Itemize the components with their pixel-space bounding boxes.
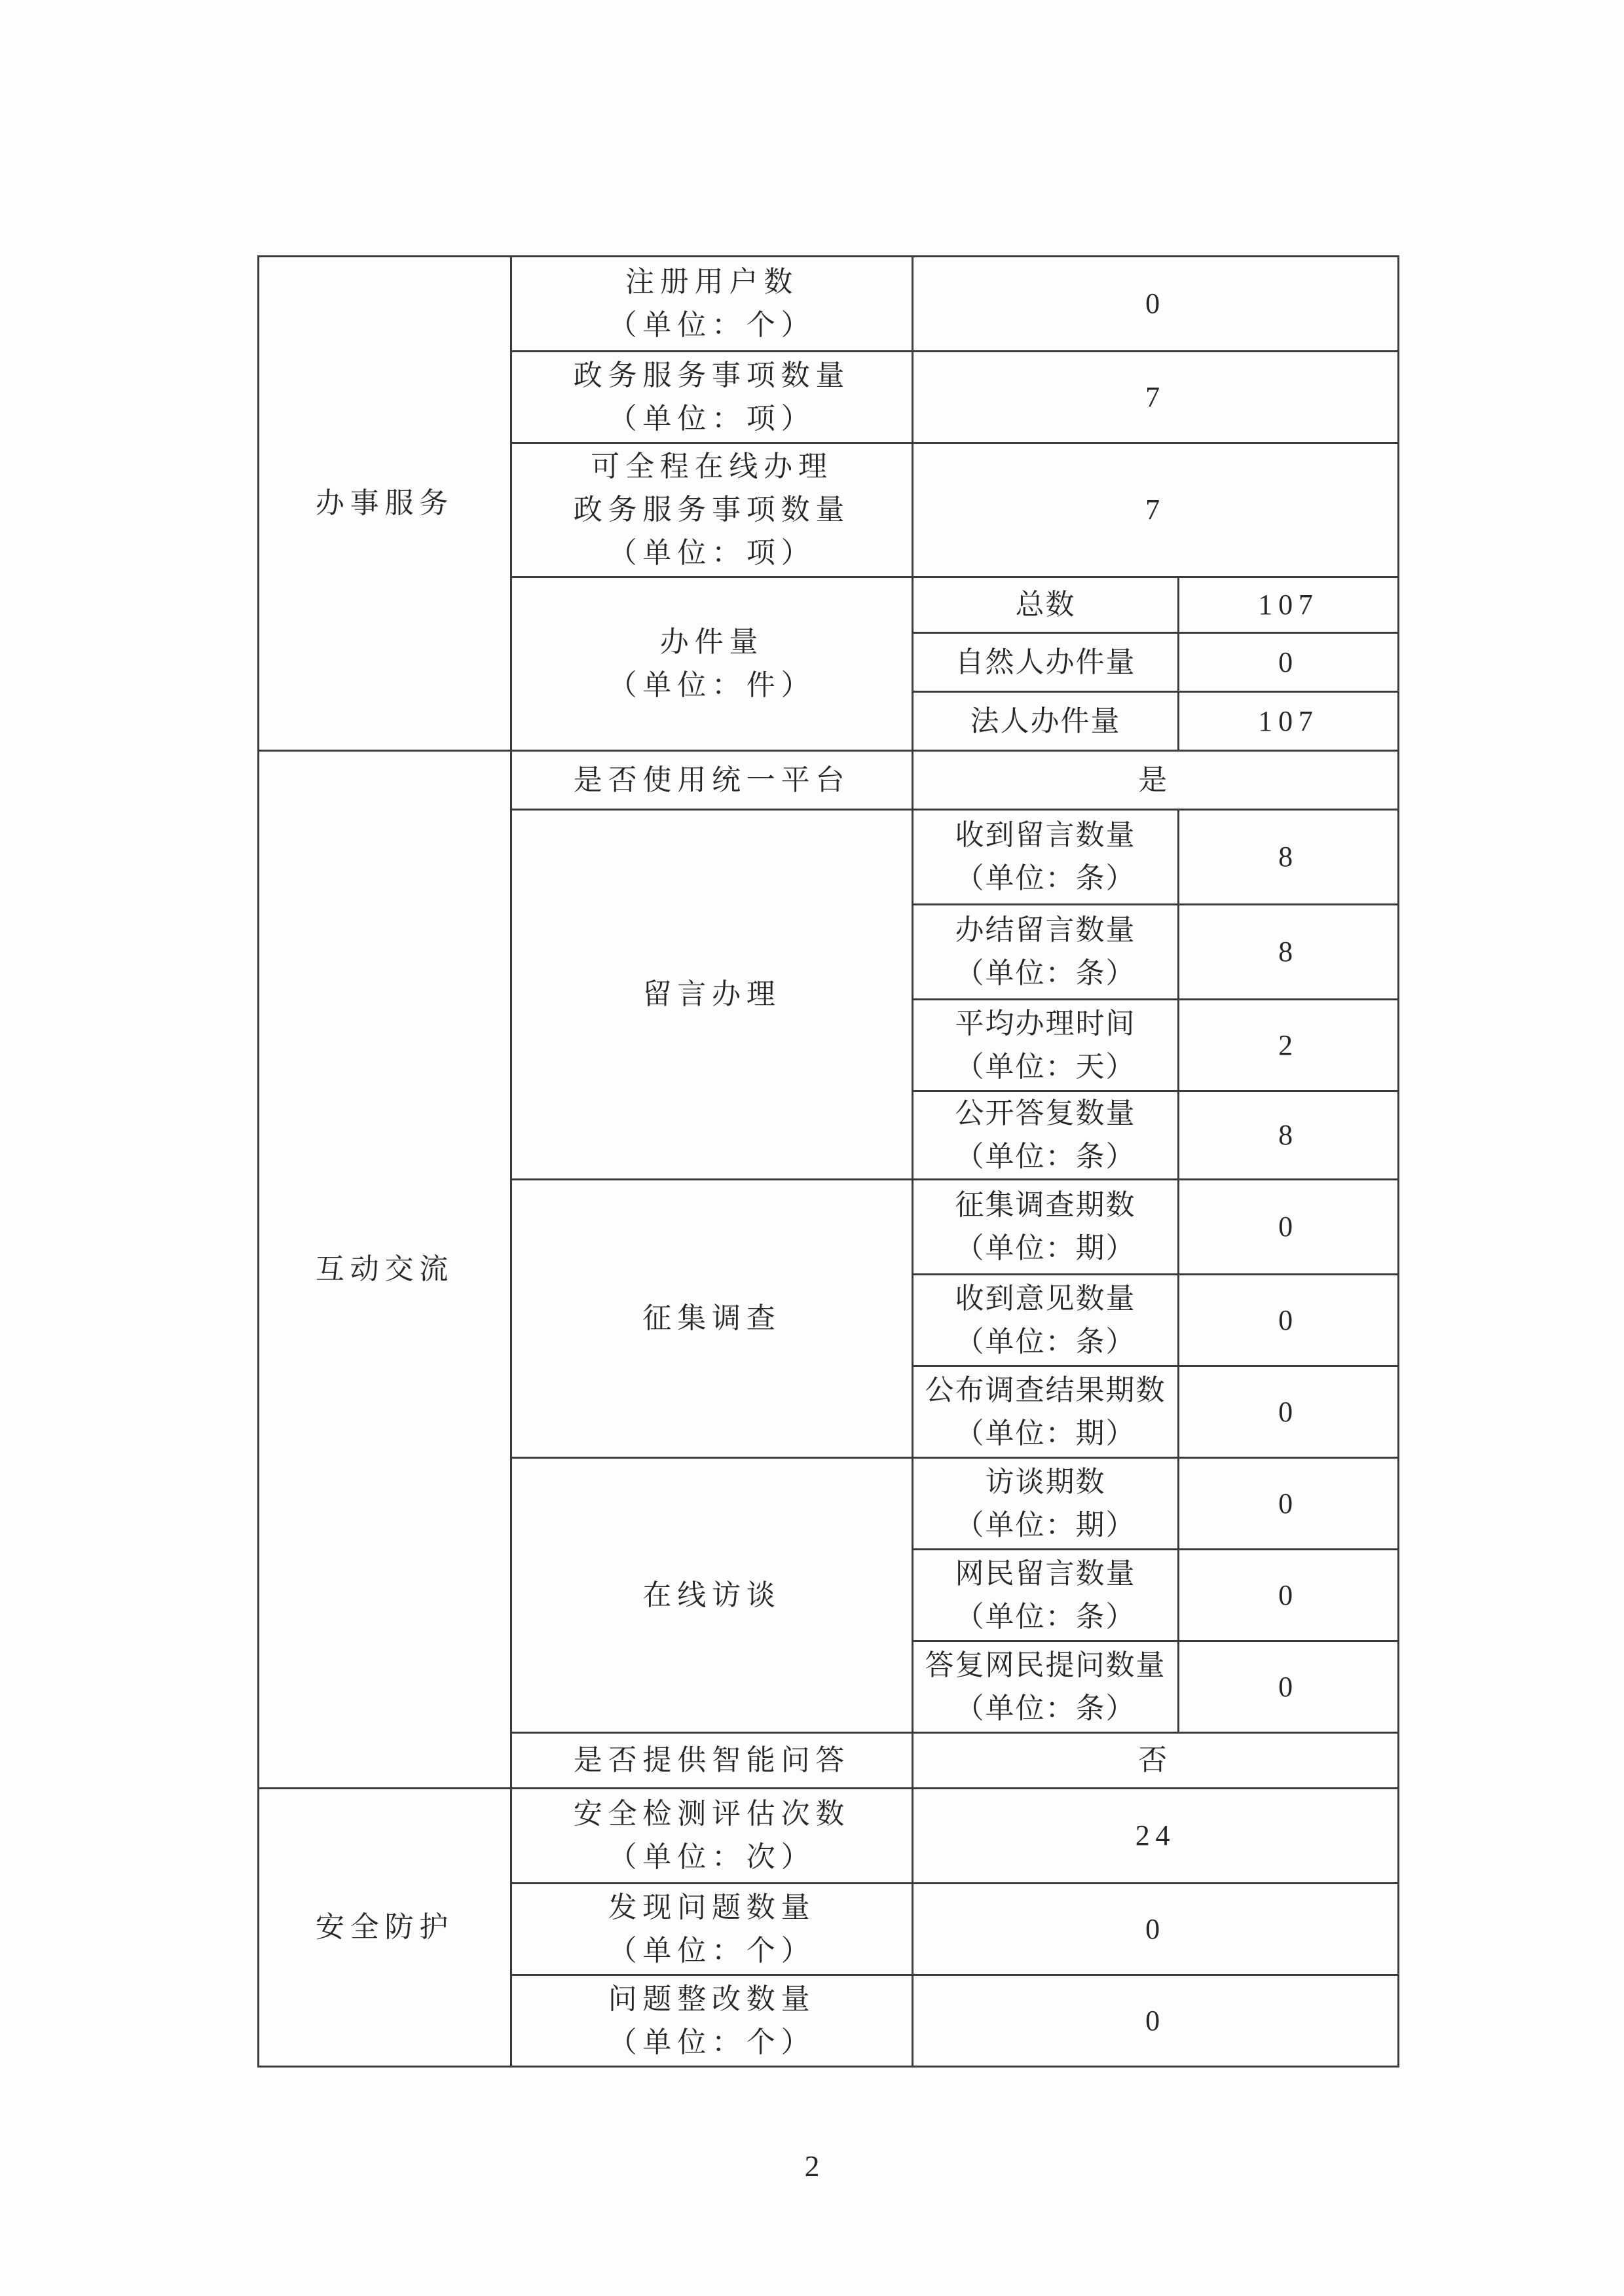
subitem-label: 法人办件量 [913, 700, 1177, 743]
item-cell: 安全检测评估次数 （单位：次） [511, 1789, 913, 1884]
item-label: 留言办理 [512, 973, 912, 1016]
subitem-label: 办结留言数量 [913, 909, 1177, 952]
item-label: 办件量 [512, 621, 912, 664]
subitem-label: 网民留言数量 [913, 1552, 1177, 1595]
subitem-cell: 自然人办件量 [913, 633, 1179, 692]
item-cell: 是否提供智能问答 [511, 1733, 913, 1789]
value-cell: 0 [1179, 1366, 1399, 1458]
value-cell: 2 [1179, 1000, 1399, 1091]
subitem-label: 访谈期数 [913, 1461, 1177, 1504]
subitem-unit: （单位：条） [913, 1321, 1177, 1364]
subitem-unit: （单位：天） [913, 1046, 1177, 1089]
item-cell: 可全程在线办理 政务服务事项数量 （单位：项） [511, 443, 913, 577]
subitem-unit: （单位：条） [913, 1135, 1177, 1178]
item-label: 问题整改数量 [512, 1978, 912, 2021]
item-unit: （单位：件） [512, 664, 912, 707]
item-cell: 办件量 （单位：件） [511, 577, 913, 751]
item-cell: 问题整改数量 （单位：个） [511, 1975, 913, 2067]
subitem-label: 总数 [913, 583, 1177, 627]
value-cell: 107 [1179, 692, 1399, 751]
document-page: 办事服务 注册用户数 （单位：个） 0 政务服务事项数量 （单位：项） 7 可全… [0, 0, 1624, 2296]
subitem-label: 平均办理时间 [913, 1002, 1177, 1046]
table-row: 办事服务 注册用户数 （单位：个） 0 [259, 257, 1399, 352]
value-cell: 0 [1179, 1550, 1399, 1641]
subitem-label: 答复网民提问数量 [913, 1644, 1177, 1687]
subitem-cell: 收到意见数量 （单位：条） [913, 1275, 1179, 1366]
value-cell: 0 [1179, 1180, 1399, 1275]
subitem-cell: 法人办件量 [913, 692, 1179, 751]
table-row: 互动交流 是否使用统一平台 是 [259, 751, 1399, 810]
page-number: 2 [805, 2149, 820, 2183]
item-cell: 是否使用统一平台 [511, 751, 913, 810]
value-cell: 0 [1179, 633, 1399, 692]
item-unit: （单位：个） [512, 1929, 912, 1973]
value-cell: 0 [1179, 1458, 1399, 1550]
subitem-cell: 访谈期数 （单位：期） [913, 1458, 1179, 1550]
value-cell: 8 [1179, 810, 1399, 905]
subitem-cell: 总数 [913, 577, 1179, 633]
subitem-cell: 收到留言数量 （单位：条） [913, 810, 1179, 905]
subitem-cell: 公布调查结果期数 （单位：期） [913, 1366, 1179, 1458]
item-label: 征集调查 [512, 1297, 912, 1340]
section-title-cell: 办事服务 [259, 257, 511, 751]
item-unit: （单位：次） [512, 1836, 912, 1879]
section-title-cell: 安全防护 [259, 1789, 511, 2067]
value-cell: 0 [1179, 1275, 1399, 1366]
item-label: 在线访谈 [512, 1574, 912, 1617]
value-cell: 是 [913, 751, 1399, 810]
subitem-label: 公开答复数量 [913, 1092, 1177, 1135]
subitem-cell: 公开答复数量 （单位：条） [913, 1091, 1179, 1180]
value-cell: 否 [913, 1733, 1399, 1789]
value-cell: 0 [913, 1975, 1399, 2067]
item-cell: 留言办理 [511, 810, 913, 1180]
value-cell: 0 [1179, 1641, 1399, 1733]
subitem-unit: （单位：期） [913, 1227, 1177, 1270]
item-label: 政务服务事项数量 [512, 354, 912, 397]
subitem-unit: （单位：条） [913, 1687, 1177, 1730]
value-cell: 107 [1179, 577, 1399, 633]
subitem-cell: 答复网民提问数量 （单位：条） [913, 1641, 1179, 1733]
subitem-unit: （单位：条） [913, 857, 1177, 900]
subitem-label: 公布调查结果期数 [913, 1369, 1177, 1412]
subitem-unit: （单位：期） [913, 1504, 1177, 1547]
value-cell: 8 [1179, 905, 1399, 1000]
subitem-unit: （单位：期） [913, 1412, 1177, 1455]
item-unit: （单位：项） [512, 397, 912, 441]
subitem-cell: 办结留言数量 （单位：条） [913, 905, 1179, 1000]
item-cell: 政务服务事项数量 （单位：项） [511, 352, 913, 443]
item-label: 政务服务事项数量 [512, 488, 912, 532]
subitem-label: 自然人办件量 [913, 641, 1177, 684]
table-row: 安全防护 安全检测评估次数 （单位：次） 24 [259, 1789, 1399, 1884]
item-cell: 注册用户数 （单位：个） [511, 257, 913, 352]
section-title: 办事服务 [259, 482, 510, 525]
subitem-unit: （单位：条） [913, 1595, 1177, 1639]
item-unit: （单位：项） [512, 532, 912, 575]
item-unit: （单位：个） [512, 2021, 912, 2064]
item-unit: （单位：个） [512, 304, 912, 347]
item-label: 安全检测评估次数 [512, 1793, 912, 1836]
item-label: 是否提供智能问答 [512, 1739, 912, 1782]
report-table: 办事服务 注册用户数 （单位：个） 0 政务服务事项数量 （单位：项） 7 可全… [257, 255, 1399, 2068]
subitem-cell: 征集调查期数 （单位：期） [913, 1180, 1179, 1275]
subitem-label: 征集调查期数 [913, 1184, 1177, 1227]
subitem-label: 收到留言数量 [913, 814, 1177, 857]
item-cell: 征集调查 [511, 1180, 913, 1458]
value-cell: 7 [913, 352, 1399, 443]
value-cell: 0 [913, 257, 1399, 352]
value-cell: 24 [913, 1789, 1399, 1884]
item-label: 可全程在线办理 [512, 445, 912, 488]
item-cell: 发现问题数量 （单位：个） [511, 1884, 913, 1975]
item-label: 是否使用统一平台 [512, 759, 912, 802]
value-cell: 0 [913, 1884, 1399, 1975]
item-label: 注册用户数 [512, 261, 912, 304]
subitem-cell: 网民留言数量 （单位：条） [913, 1550, 1179, 1641]
subitem-unit: （单位：条） [913, 952, 1177, 995]
section-title: 安全防护 [259, 1906, 510, 1949]
item-cell: 在线访谈 [511, 1458, 913, 1733]
value-cell: 7 [913, 443, 1399, 577]
section-title-cell: 互动交流 [259, 751, 511, 1789]
subitem-label: 收到意见数量 [913, 1277, 1177, 1321]
section-title: 互动交流 [259, 1248, 510, 1291]
value-cell: 8 [1179, 1091, 1399, 1180]
item-label: 发现问题数量 [512, 1886, 912, 1929]
subitem-cell: 平均办理时间 （单位：天） [913, 1000, 1179, 1091]
